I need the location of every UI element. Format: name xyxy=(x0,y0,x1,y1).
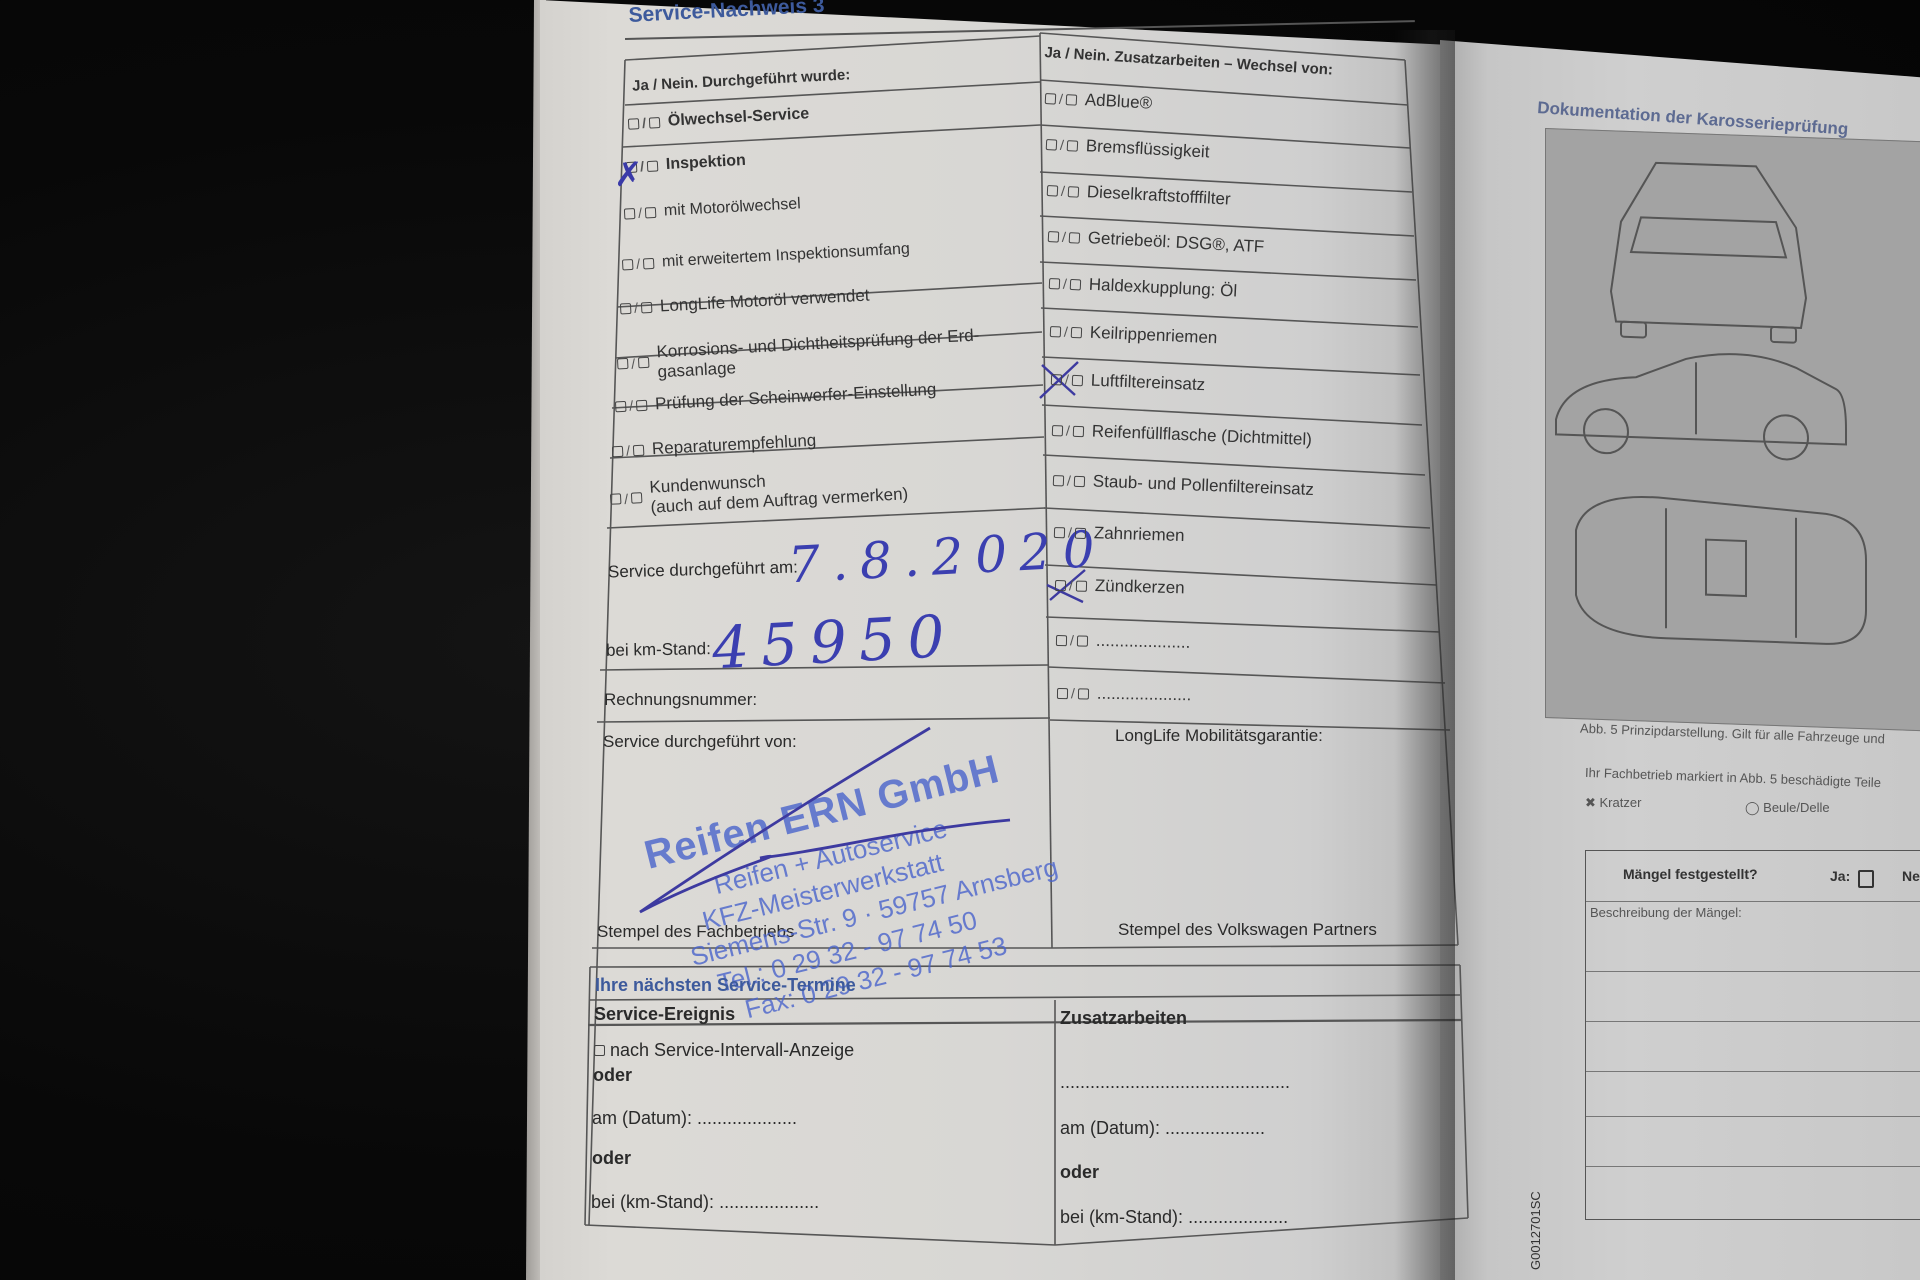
vw-partner-stamp-label: Stempel des Volkswagen Partners xyxy=(1118,920,1377,940)
legend-scratch: ✖ Kratzer xyxy=(1585,795,1641,811)
ja-nein-checkboxes[interactable]: / xyxy=(1056,632,1088,649)
checkbox-ja[interactable] xyxy=(610,493,622,505)
performed-by-label: Service durchgeführt von: xyxy=(603,732,797,752)
checkbox-ja[interactable] xyxy=(1056,635,1067,646)
checkbox-ja[interactable] xyxy=(1050,326,1061,337)
additional-km-blank[interactable]: .................... xyxy=(1188,1207,1288,1227)
item-label-blank[interactable]: .................... xyxy=(1097,684,1192,706)
pen-cross-mark-icon: ✗ xyxy=(614,158,643,192)
checkbox-nein[interactable] xyxy=(638,357,650,369)
checkbox-nein[interactable] xyxy=(1070,278,1081,289)
next-date-field[interactable]: am (Datum): .................... xyxy=(592,1108,797,1129)
guarantee-label: LongLife Mobilitätsgarantie: xyxy=(1115,726,1323,746)
invoice-number-label: Rechnungsnummer: xyxy=(604,690,757,710)
checkbox-nein[interactable] xyxy=(636,399,648,411)
checkbox-nein[interactable] xyxy=(1073,425,1084,436)
checkbox-ja[interactable] xyxy=(1047,185,1059,197)
defects-question: Mängel festgestellt? xyxy=(1623,866,1758,882)
additional-date-blank[interactable]: .................... xyxy=(1165,1118,1265,1138)
checkbox-nein[interactable] xyxy=(1075,527,1086,538)
list-item-blank-2: / .................... xyxy=(1057,683,1192,705)
ja-nein-checkboxes[interactable]: / xyxy=(610,490,643,508)
checkbox-ja[interactable] xyxy=(617,358,629,370)
checkbox-ja[interactable] xyxy=(1052,425,1063,436)
list-item-zahnriemen: / Zahnriemen xyxy=(1054,522,1185,546)
checkbox-ja[interactable] xyxy=(1049,278,1060,289)
checkbox-ja[interactable] xyxy=(628,118,640,130)
ja-nein-checkboxes[interactable]: / xyxy=(615,397,648,415)
checkbox-nein[interactable] xyxy=(1077,635,1088,646)
checkbox-ja[interactable] xyxy=(1045,93,1057,105)
divider xyxy=(1586,1021,1920,1022)
ja-nein-checkboxes[interactable]: / xyxy=(1048,228,1081,246)
divider xyxy=(1586,1071,1920,1072)
checkbox-nein[interactable] xyxy=(1069,232,1081,244)
checkbox-nein[interactable] xyxy=(1076,580,1087,591)
list-item-zuendkerzen: / Zündkerzen xyxy=(1055,575,1185,598)
list-item-blank-1: / .................... xyxy=(1056,630,1191,653)
checkbox-nein[interactable] xyxy=(631,492,643,504)
checkbox-ja[interactable] xyxy=(622,258,634,270)
additional-km-label: bei (km-Stand): xyxy=(1060,1207,1183,1227)
ja-nein-checkboxes[interactable]: / xyxy=(1046,136,1079,154)
additional-date-label: am (Datum): xyxy=(1060,1118,1160,1138)
checkbox-ja[interactable] xyxy=(624,208,636,220)
car-outlines-icon xyxy=(1546,129,1920,733)
ja-nein-checkboxes[interactable]: / xyxy=(1045,90,1078,108)
divider xyxy=(1586,971,1920,972)
next-km-blank[interactable]: .................... xyxy=(719,1192,819,1212)
checkbox-ja[interactable] xyxy=(1046,139,1058,151)
service-event-header: Service-Ereignis xyxy=(594,1004,735,1025)
document-code: G0012701SC xyxy=(1528,1191,1543,1270)
defects-no-label: Ne xyxy=(1902,868,1920,884)
additional-work-header: Zusatzarbeiten xyxy=(1060,1008,1187,1029)
additional-work-blank[interactable]: ........................................… xyxy=(1060,1072,1290,1093)
defects-yes-checkbox[interactable] xyxy=(1858,870,1874,888)
ja-nein-checkboxes[interactable]: / xyxy=(620,299,653,317)
checkbox-ja[interactable] xyxy=(1057,688,1068,699)
checkbox-ja[interactable] xyxy=(620,302,632,314)
ja-nein-checkboxes[interactable]: / xyxy=(628,114,661,132)
car-body-diagram xyxy=(1545,128,1920,732)
ja-nein-checkboxes[interactable]: / xyxy=(1051,371,1084,388)
next-km-label: bei (km-Stand): xyxy=(591,1192,714,1212)
next-date-blank[interactable]: .................... xyxy=(697,1108,797,1128)
or-label-2: oder xyxy=(592,1148,631,1169)
ja-nein-checkboxes[interactable]: / xyxy=(1052,422,1084,439)
checkbox-nein[interactable] xyxy=(643,257,655,269)
ja-nein-checkboxes[interactable]: / xyxy=(1057,685,1089,702)
additional-km-field[interactable]: bei (km-Stand): .................... xyxy=(1060,1207,1288,1228)
divider xyxy=(1586,901,1920,902)
checkbox-ja[interactable] xyxy=(1048,231,1060,243)
next-date-label: am (Datum): xyxy=(592,1108,692,1128)
checkbox-nein[interactable] xyxy=(1072,374,1083,385)
km-label: bei km-Stand: xyxy=(606,639,711,661)
item-label-blank[interactable]: .................... xyxy=(1096,631,1191,653)
checkbox-ja[interactable] xyxy=(1053,475,1064,486)
divider xyxy=(1586,1116,1920,1117)
ja-nein-checkboxes[interactable]: / xyxy=(1047,182,1080,200)
checkbox-nein[interactable] xyxy=(649,117,661,129)
checkbox-nein[interactable] xyxy=(641,301,653,313)
item-label: Zahnriemen xyxy=(1094,523,1185,546)
checkbox-nein[interactable] xyxy=(645,206,657,218)
ja-nein-checkboxes[interactable]: / xyxy=(1050,323,1083,340)
interval-option: nach Service-Intervall-Anzeige xyxy=(594,1040,854,1061)
checkbox-nein[interactable] xyxy=(1067,140,1079,152)
or-label-3: oder xyxy=(1060,1162,1099,1183)
ja-nein-checkboxes[interactable]: / xyxy=(1053,472,1085,489)
checkbox-ja[interactable] xyxy=(1054,527,1065,538)
legend-dent: ◯ Beule/Delle xyxy=(1745,800,1830,816)
ja-nein-checkboxes[interactable]: / xyxy=(617,354,650,372)
ja-nein-checkboxes[interactable]: / xyxy=(624,204,657,222)
ja-nein-checkboxes[interactable]: / xyxy=(1049,275,1082,292)
interval-option-label: nach Service-Intervall-Anzeige xyxy=(610,1040,854,1061)
divider xyxy=(1586,1166,1920,1167)
next-km-field[interactable]: bei (km-Stand): .................... xyxy=(591,1192,819,1213)
checkbox-ja[interactable] xyxy=(1051,374,1062,385)
checkbox-nein[interactable] xyxy=(1071,326,1082,337)
additional-date-field[interactable]: am (Datum): .................... xyxy=(1060,1118,1265,1139)
checkbox-ja[interactable] xyxy=(615,400,627,412)
or-label-1: oder xyxy=(593,1065,632,1086)
item-label: Zündkerzen xyxy=(1095,576,1185,598)
next-service-title: Ihre nächsten Service-Termine xyxy=(595,975,856,996)
item-label: AdBlue® xyxy=(1084,90,1152,113)
checkbox-nein[interactable] xyxy=(1078,688,1089,699)
ja-nein-checkboxes[interactable]: / xyxy=(622,255,655,273)
checkbox-nein[interactable] xyxy=(1074,475,1085,486)
km-handwritten[interactable]: 45950 xyxy=(710,602,958,683)
ja-nein-checkboxes[interactable]: / xyxy=(612,442,645,460)
defects-yes-label: Ja: xyxy=(1830,868,1850,884)
checkbox-nein[interactable] xyxy=(1066,94,1078,106)
checkbox-nein[interactable] xyxy=(647,160,659,172)
ja-nein-checkboxes[interactable]: / xyxy=(1054,524,1086,541)
ja-nein-checkboxes[interactable]: / xyxy=(1055,577,1087,594)
checkbox-nein[interactable] xyxy=(1068,186,1080,198)
interval-checkbox[interactable] xyxy=(594,1045,605,1056)
checkbox-ja[interactable] xyxy=(1055,580,1066,591)
page-fold-shadow xyxy=(1395,30,1455,1280)
checkbox-ja[interactable] xyxy=(612,445,624,457)
checkbox-nein[interactable] xyxy=(633,444,645,456)
defects-description-label: Beschreibung der Mängel: xyxy=(1590,905,1742,920)
